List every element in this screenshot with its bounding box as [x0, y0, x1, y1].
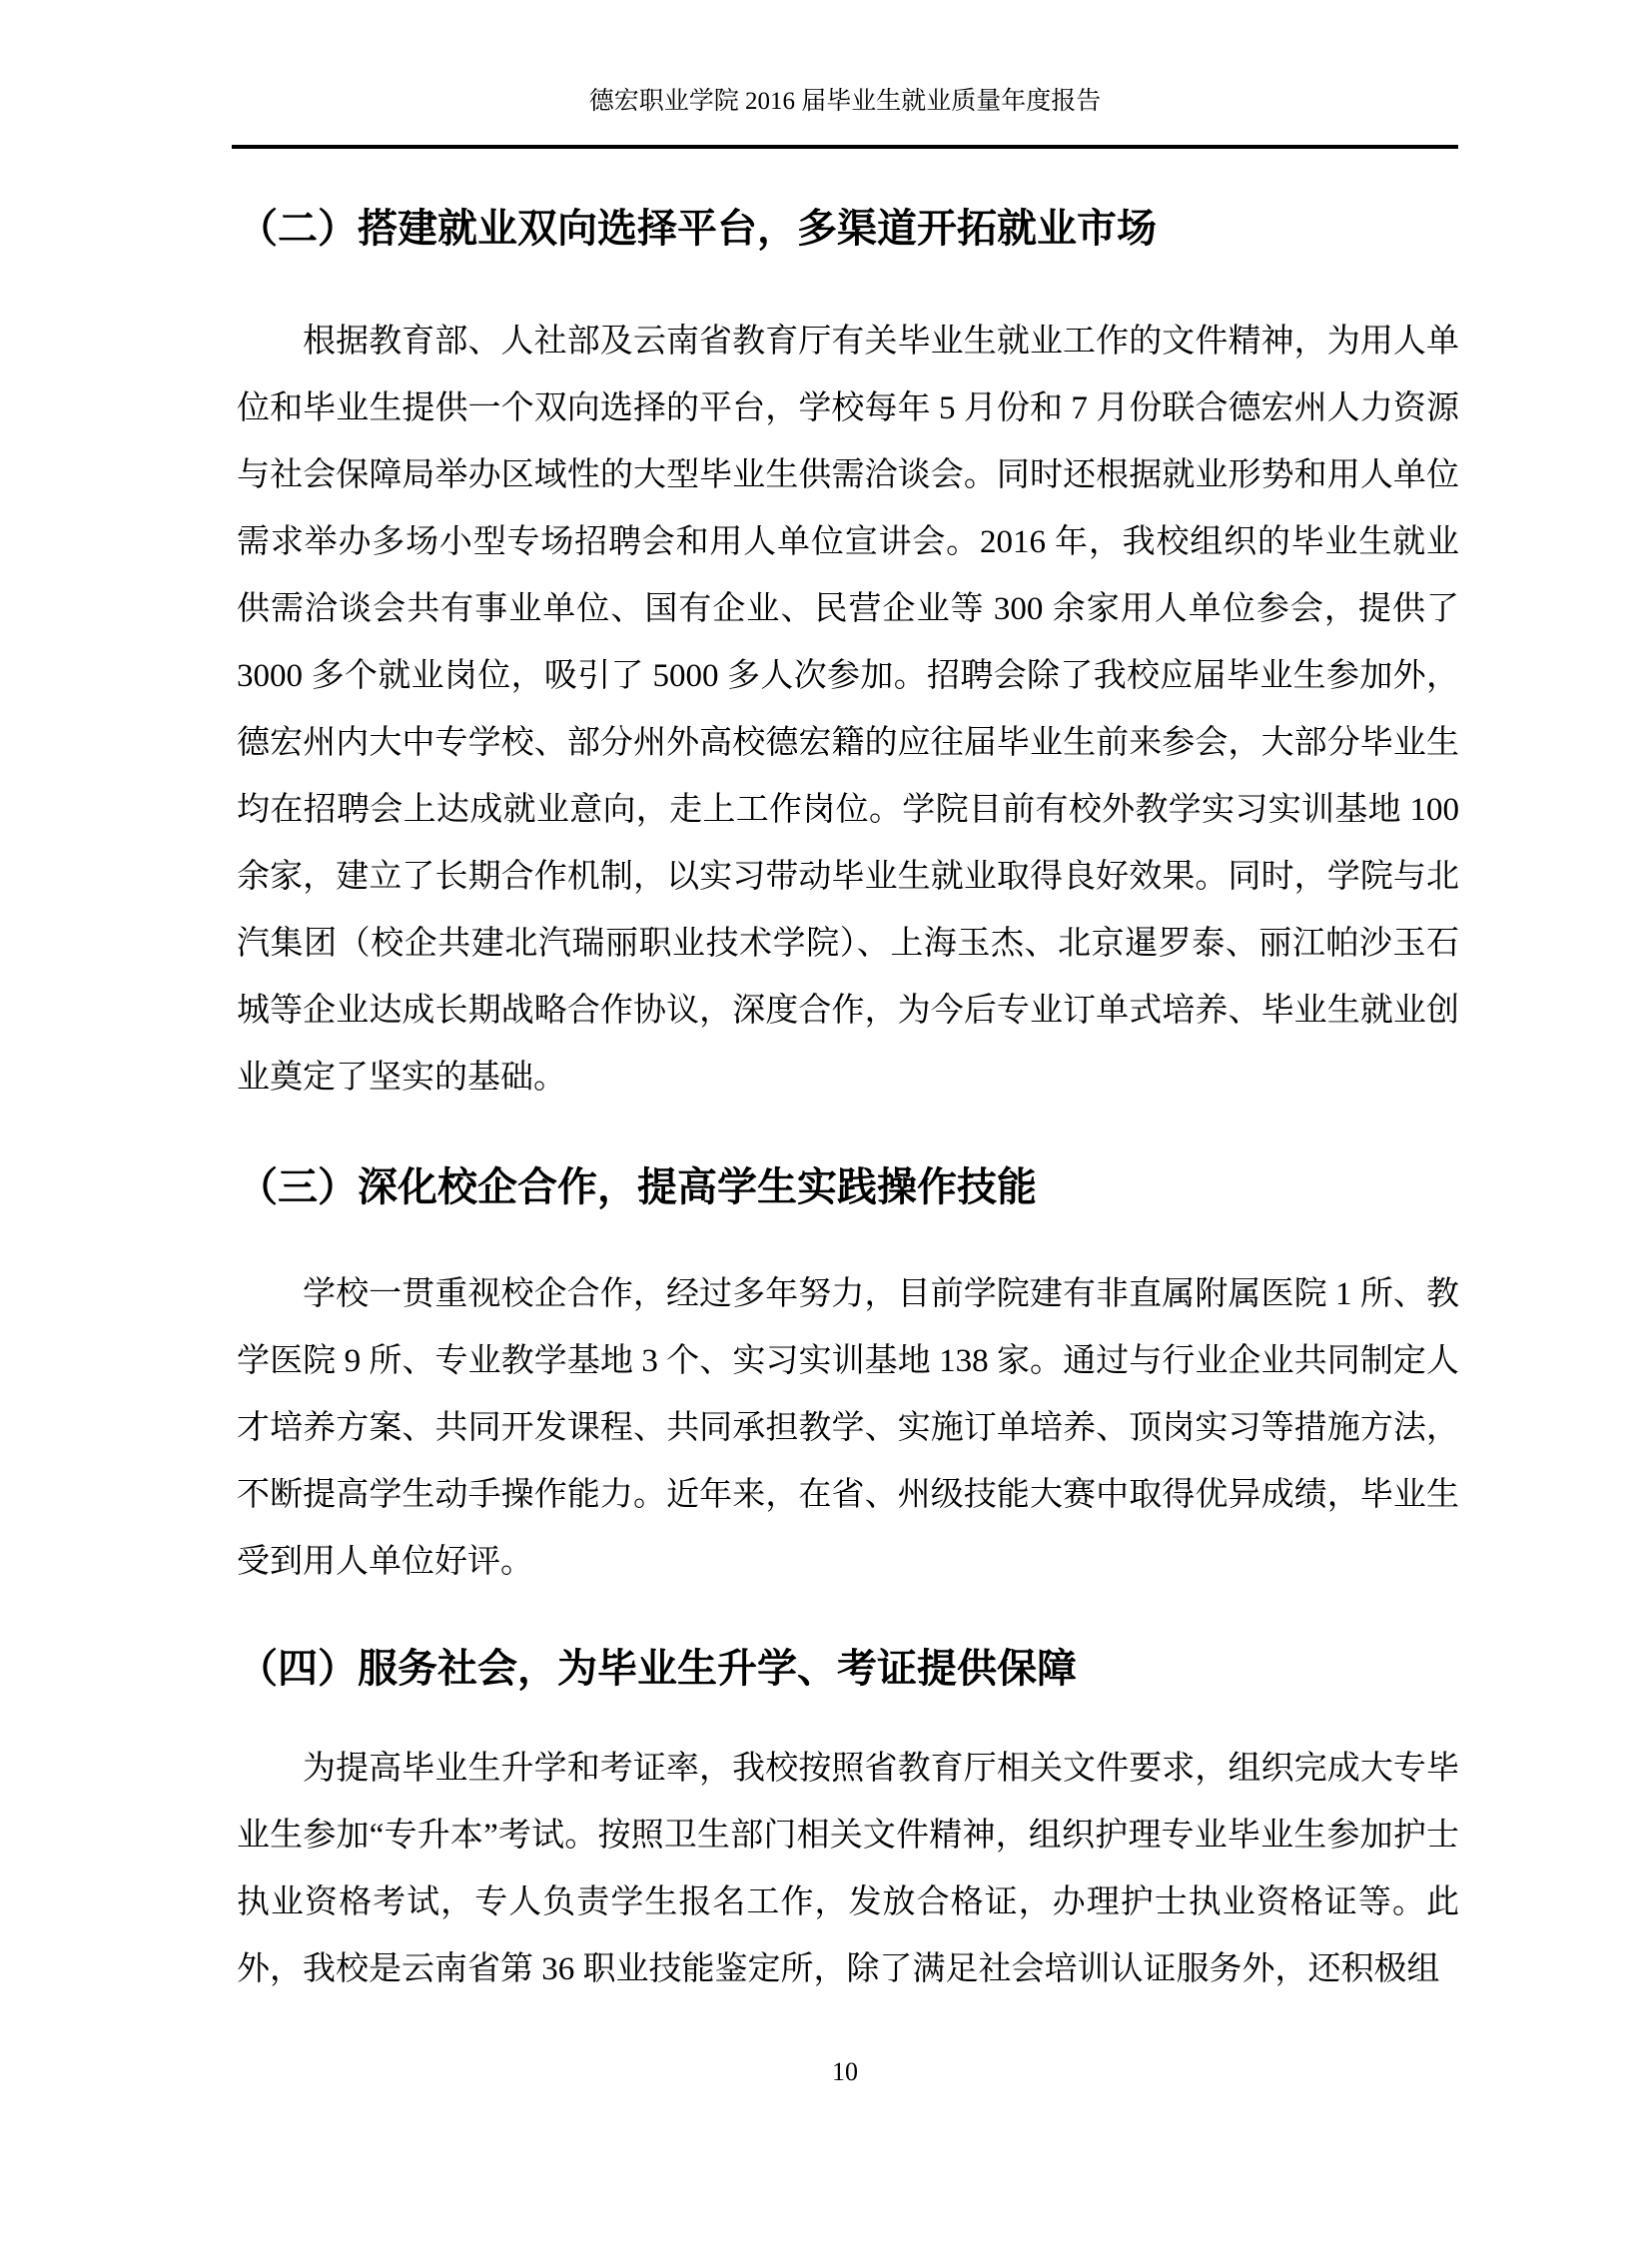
section-4-paragraph: 为提高毕业生升学和考证率，我校按照省教育厅相关文件要求，组织完成大专毕业生参加“… [237, 1736, 1459, 2003]
page-number: 10 [232, 2057, 1458, 2087]
section-3-paragraph: 学校一贯重视校企合作，经过多年努力，目前学院建有非直属附属医院 1 所、教学医院… [237, 1261, 1459, 1596]
section-2-paragraph: 根据教育部、人社部及云南省教育厅有关毕业生就业工作的文件精神，为用人单位和毕业生… [237, 309, 1459, 1112]
section-heading-2: （二）搭建就业双向选择平台，多渠道开拓就业市场 [238, 203, 1464, 255]
section-heading-4: （四）服务社会，为毕业生升学、考证提供保障 [238, 1643, 1464, 1695]
document-page: 德宏职业学院 2016 届毕业生就业质量年度报告 （二）搭建就业双向选择平台，多… [0, 0, 1652, 2242]
running-header-title: 德宏职业学院 2016 届毕业生就业质量年度报告 [232, 86, 1458, 118]
section-heading-3: （三）深化校企合作，提高学生实践操作技能 [238, 1161, 1464, 1213]
header-divider-rule [232, 145, 1458, 149]
